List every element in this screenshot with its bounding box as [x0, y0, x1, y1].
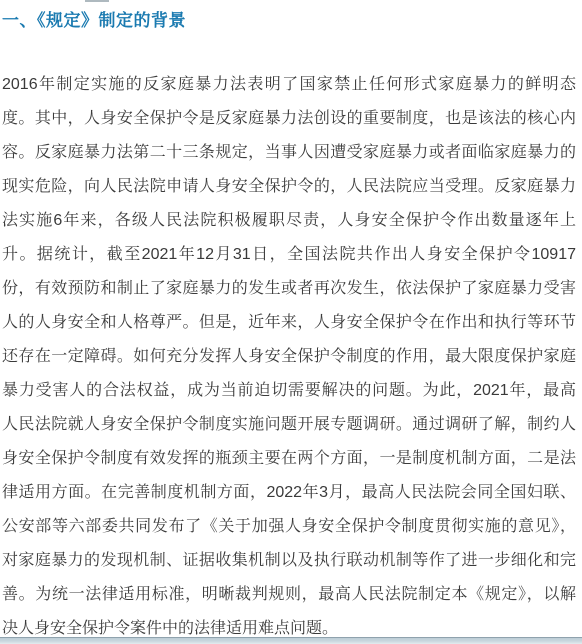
paragraph-line: 律适用方面。在完善制度机制方面，2022年3月，最高人民法院会同全国妇联、 [2, 476, 576, 510]
section-heading: 一、《规定》制定的背景 [2, 10, 582, 32]
paragraph-line: 升。据统计，截至2021年12月31日，全国法院共作出人身安全保护令10917 [2, 238, 576, 272]
paragraph-line: 度。其中，人身安全保护令是反家庭暴力法创设的重要制度，也是该法的核心内 [2, 102, 576, 136]
paragraph-line: 公安部等六部委共同发布了《关于加强人身安全保护令制度贯彻实施的意见》， [2, 510, 576, 544]
paragraph-line: 容。反家庭暴力法第二十三条规定，当事人因遭受家庭暴力或者面临家庭暴力的 [2, 136, 576, 170]
body-paragraph: 2016年制定实施的反家庭暴力法表明了国家禁止任何形式家庭暴力的鲜明态度。其中，… [0, 68, 582, 644]
paragraph-line: 人民法院就人身安全保护令制度实施问题开展专题调研。通过调研了解，制约人 [2, 408, 576, 442]
bottom-divider-bar [0, 637, 582, 644]
paragraph-line: 善。为统一法律适用标准，明晰裁判规则，最高人民法院制定本《规定》，以解 [2, 578, 576, 612]
paragraph-line: 份，有效预防和制止了家庭暴力的发生或者再次发生，依法保护了家庭暴力受害 [2, 272, 576, 306]
paragraph-line: 还存在一定障碍。如何充分发挥人身安全保护令制度的作用，最大限度保护家庭 [2, 340, 576, 374]
paragraph-line: 2016年制定实施的反家庭暴力法表明了国家禁止任何形式家庭暴力的鲜明态 [2, 68, 576, 102]
paragraph-line: 暴力受害人的合法权益，成为当前迫切需要解决的问题。为此，2021年，最高 [2, 374, 576, 408]
cropped-text-remnant [85, 0, 109, 2]
paragraph-line: 人的人身安全和人格尊严。但是，近年来，人身安全保护令在作出和执行等环节 [2, 306, 576, 340]
paragraph-line: 身安全保护令制度有效发挥的瓶颈主要在两个方面，一是制度机制方面，二是法 [2, 442, 576, 476]
paragraph-line: 法实施6年来，各级人民法院积极履职尽责，人身安全保护令作出数量逐年上 [2, 204, 576, 238]
document-page: 一、《规定》制定的背景 2016年制定实施的反家庭暴力法表明了国家禁止任何形式家… [0, 0, 582, 644]
paragraph-line: 对家庭暴力的发现机制、证据收集机制以及执行联动机制等作了进一步细化和完 [2, 544, 576, 578]
paragraph-line: 现实危险，向人民法院申请人身安全保护令的，人民法院应当受理。反家庭暴力 [2, 170, 576, 204]
